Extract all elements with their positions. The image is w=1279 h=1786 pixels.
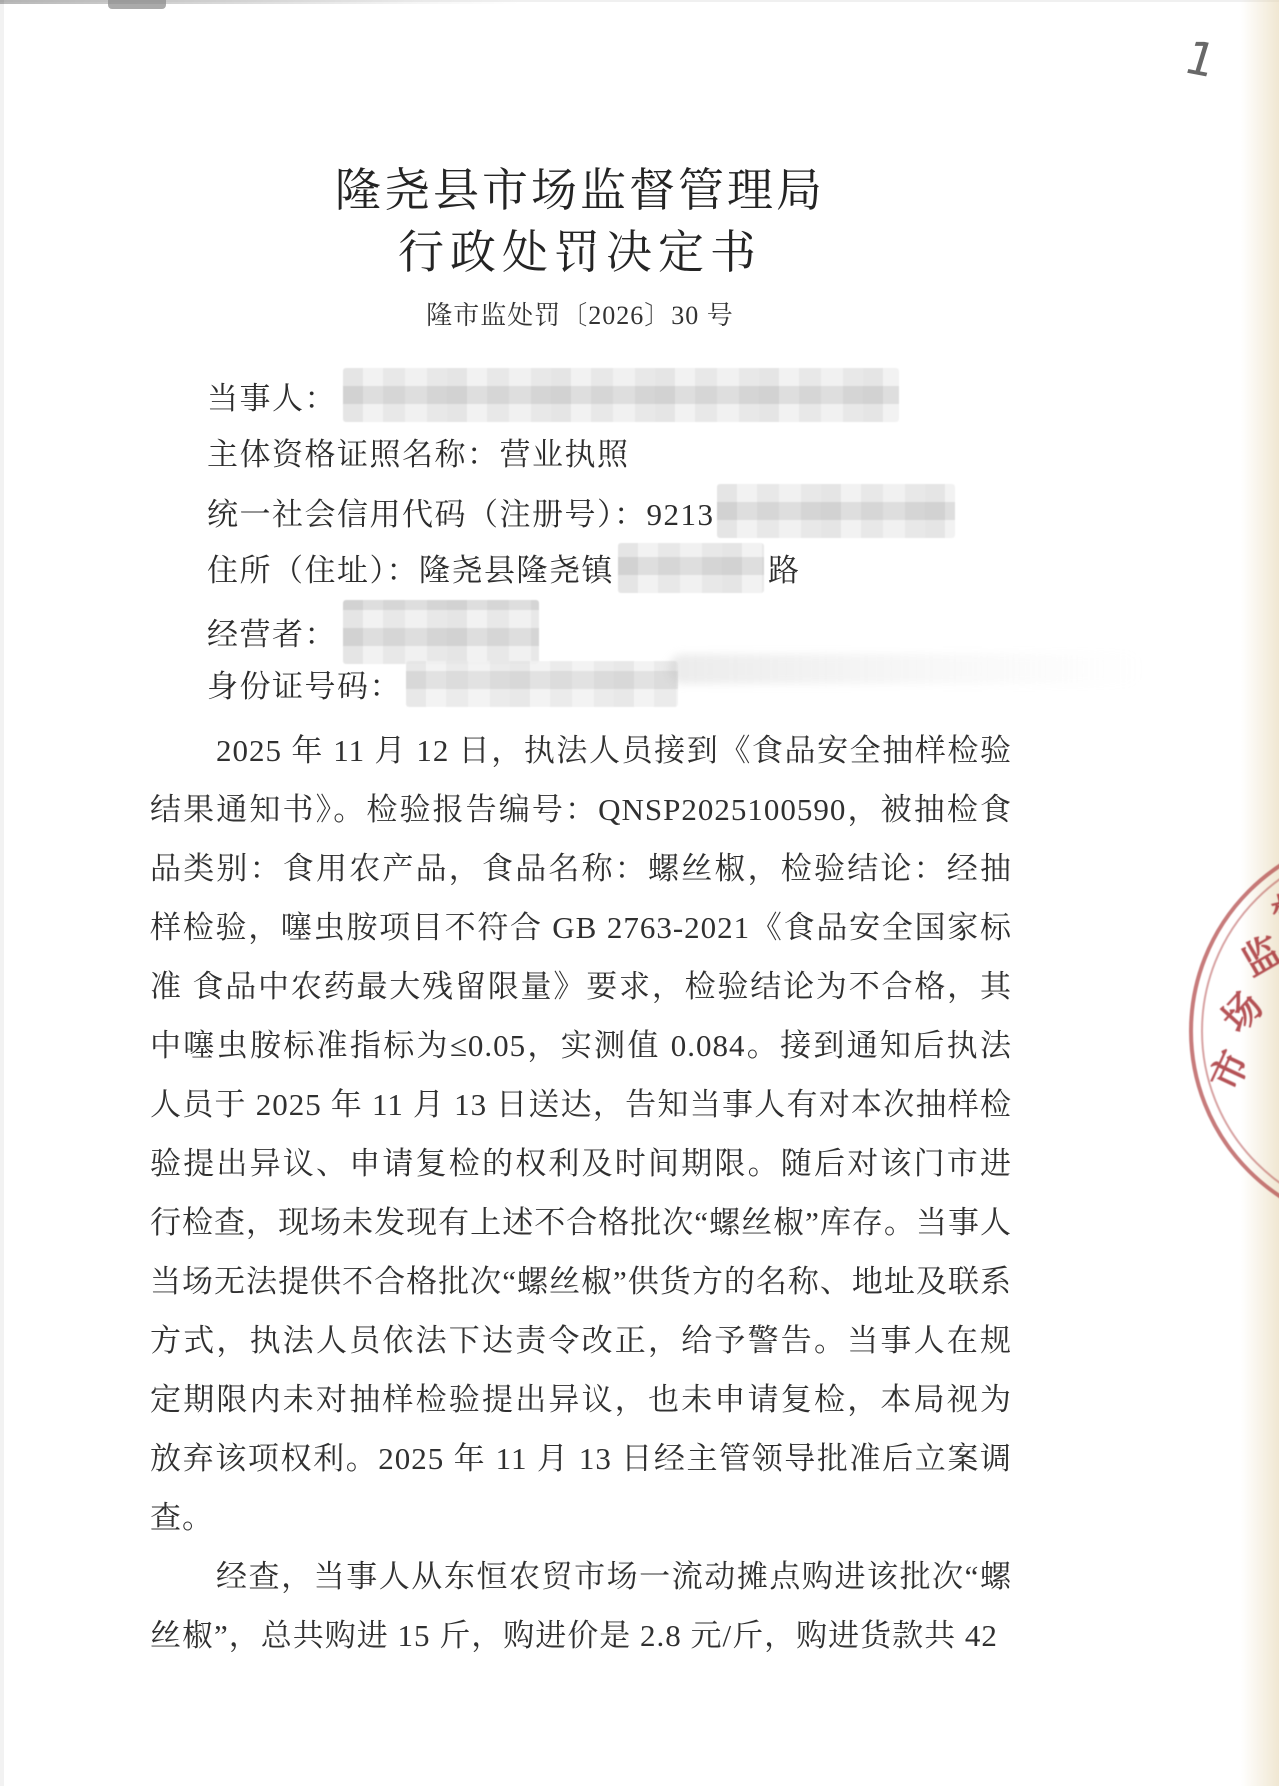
info-label: 住所（住址）：	[207, 553, 419, 588]
info-line-credit-code: 统一社会信用代码（注册号）：9213	[207, 484, 1037, 542]
top-edge-shadow	[0, 0, 520, 4]
body-section: 2025 年 11 月 12 日，执法人员接到《食品安全抽样检验结果通知书》。检…	[150, 721, 1012, 1665]
info-label: 当事人：	[207, 381, 337, 416]
info-label: 主体资格证照名称：	[207, 437, 500, 472]
document-subtitle: 行政处罚决定书	[150, 222, 1010, 284]
info-label: 身份证号码：	[207, 669, 402, 704]
info-line-party: 当事人：	[207, 368, 1037, 426]
redaction-block-party	[343, 368, 899, 422]
body-paragraph-1: 2025 年 11 月 12 日，执法人员接到《食品安全抽样检验结果通知书》。检…	[150, 721, 1012, 1547]
info-line-license-name: 主体资格证照名称：营业执照	[207, 426, 1037, 484]
document-number: 隆市监处罚〔2026〕30 号	[150, 296, 1010, 336]
handwritten-page-number: 1	[1180, 34, 1222, 84]
scan-smudge-artifact	[668, 654, 1144, 684]
document-title: 隆尧县市场监督管理局	[150, 160, 1010, 222]
info-value: 隆尧县隆尧镇	[419, 553, 614, 588]
info-label: 统一社会信用代码（注册号）：	[207, 497, 647, 532]
redaction-block-operator	[343, 600, 539, 664]
left-edge-shadow	[0, 0, 4, 1786]
info-value: 营业执照	[500, 437, 630, 472]
info-line-address: 住所（住址）：隆尧县隆尧镇路	[207, 542, 1037, 600]
body-paragraph-2: 经查，当事人从东恒农贸市场一流动摊点购进该批次“螺丝椒”，总共购进 15 斤，购…	[150, 1547, 1012, 1665]
info-value: 9213	[647, 497, 715, 532]
info-line-operator: 经营者：	[207, 600, 1037, 658]
paper-tint	[1241, 0, 1279, 1786]
info-label: 经营者：	[207, 617, 337, 652]
corner-smudge-artifact	[108, 0, 166, 9]
info-value-suffix: 路	[768, 553, 801, 588]
scan-page: 1 隆尧县市场监督管理局 行政处罚决定书 隆市监处罚〔2026〕30 号 当事人…	[0, 0, 1279, 1786]
document-header: 隆尧县市场监督管理局 行政处罚决定书 隆市监处罚〔2026〕30 号	[150, 160, 1010, 336]
redaction-block-credit-code	[717, 484, 955, 538]
redaction-block-address	[618, 543, 764, 593]
redaction-block-id-number	[406, 661, 678, 707]
